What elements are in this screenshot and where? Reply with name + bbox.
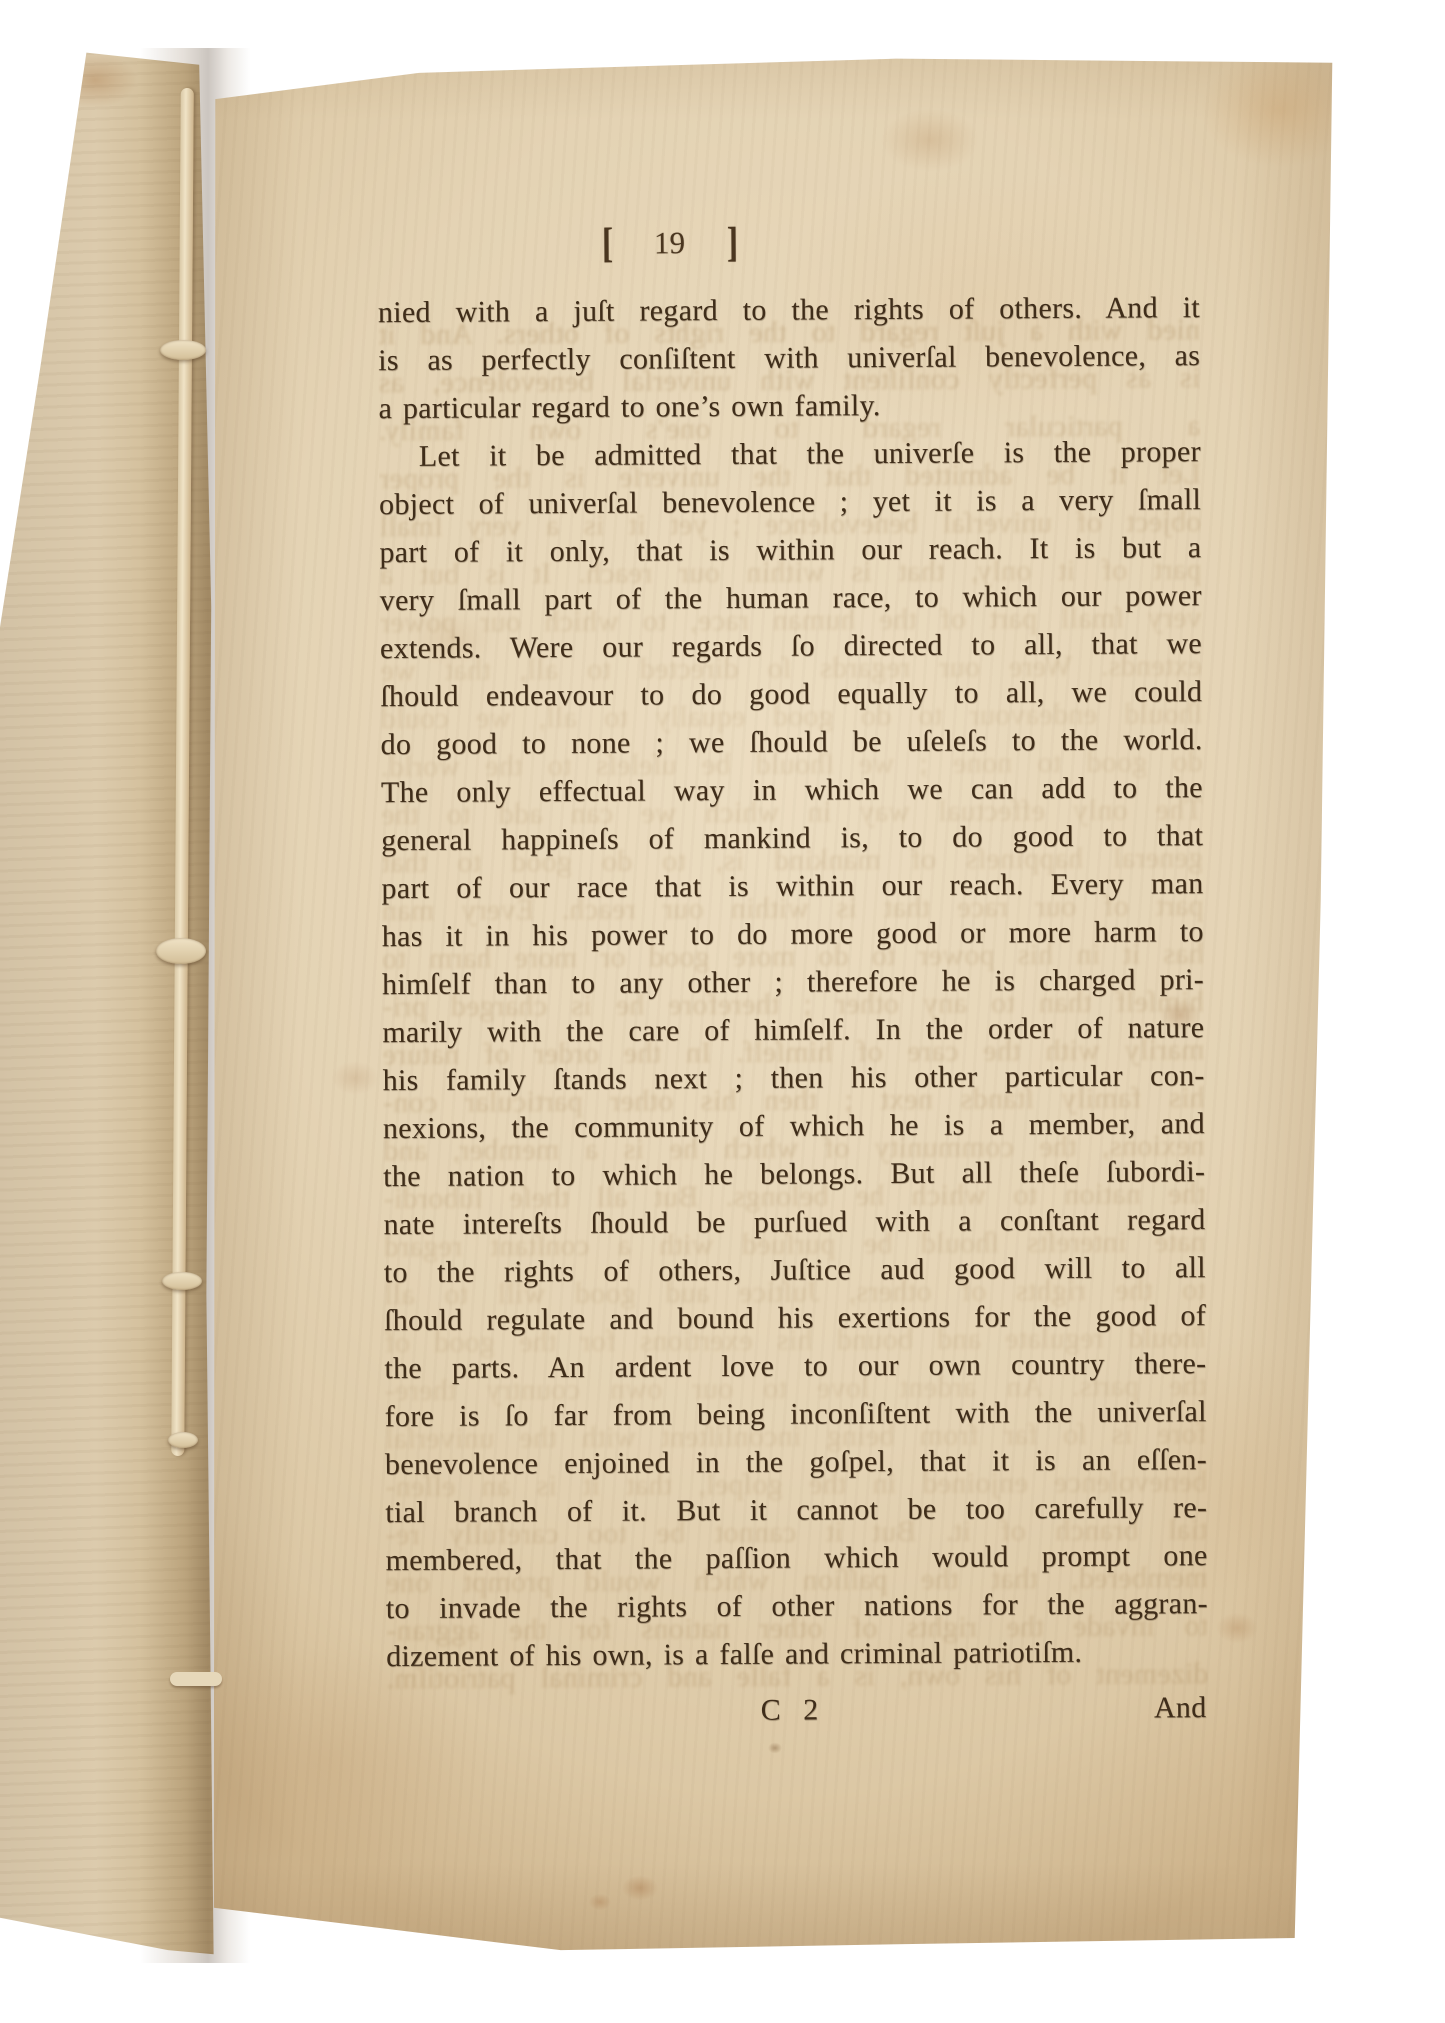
text-line: membered, that the paſſion which would p… [385, 1532, 1207, 1585]
right-bracket: ] [726, 222, 737, 264]
book-page: nied with a juſt regard to the rights of… [0, 0, 1445, 2023]
text-line: is as perfectly conſiſtent with univerſa… [378, 332, 1200, 385]
signature-mark: C 2 [761, 1686, 825, 1734]
body-text: nied with a juſt regard to the rights of… [378, 284, 1209, 1737]
text-line: a particular regard to one’s own family. [378, 380, 1200, 433]
text-line: nexions, the community of which he is a … [383, 1100, 1205, 1153]
catchword: And [1154, 1684, 1207, 1732]
left-bracket: [ [601, 223, 612, 265]
folio-number: 19 [654, 225, 685, 261]
page-number-header: [ 19 ] [584, 222, 754, 265]
text-line: nate intereſts ſhould be purſued with a … [383, 1196, 1205, 1249]
text-line: to invade the rights of other nations fo… [386, 1580, 1208, 1633]
text-line: to the rights of others, Juſtice aud goo… [384, 1244, 1206, 1297]
text-line: himſelf than to any other ; therefore he… [382, 956, 1204, 1009]
text-line: ſhould endeavour to do good equally to a… [380, 668, 1202, 721]
text-line: general happineſs of mankind is, to do g… [381, 812, 1203, 865]
book-page-photo: nied with a juſt regard to the rights of… [0, 0, 1445, 2023]
text-line: benevolence enjoined in the goſpel, that… [385, 1436, 1207, 1489]
text-line: do good to none ; we ſhould be uſeleſs t… [380, 716, 1202, 769]
text-line: extends. Were our regards ſo directed to… [380, 620, 1202, 673]
text-line: object of univerſal benevolence ; yet it… [379, 476, 1201, 529]
text-line: nied with a juſt regard to the rights of… [378, 284, 1200, 337]
text-line: his family ſtands next ; then his other … [382, 1052, 1204, 1105]
text-line: the parts. An ardent love to our own cou… [384, 1340, 1206, 1393]
text-line: tial branch of it. But it cannot be too … [385, 1484, 1207, 1537]
text-line: very ſmall part of the human race, to wh… [380, 572, 1202, 625]
text-line: the nation to which he belongs. But all … [383, 1148, 1205, 1201]
signature-row: C 2 And [386, 1684, 1208, 1737]
text-line: has it in his power to do more good or m… [382, 908, 1204, 961]
text-line: Let it be admitted that the univerſe is … [379, 428, 1201, 481]
text-line: marily with the care of himſelf. In the … [382, 1004, 1204, 1057]
printed-content: nied with a juſt regard to the rights of… [0, 0, 1445, 2023]
sewing-knot [168, 1432, 198, 1448]
text-line: The only effectual way in which we can a… [381, 764, 1203, 817]
text-line: dizement of his own, is a falſe and crim… [386, 1628, 1208, 1681]
sewing-stitch [170, 1672, 222, 1686]
text-line: fore is ſo far from being inconſiſtent w… [385, 1388, 1207, 1441]
sewing-knot [156, 938, 206, 964]
sewing-knot [160, 340, 206, 360]
text-line: ſhould regulate and bound his exertions … [384, 1292, 1206, 1345]
sewing-knot [162, 1272, 202, 1290]
text-line: part of our race that is within our reac… [381, 860, 1203, 913]
text-line: part of it only, that is within our reac… [379, 524, 1201, 577]
